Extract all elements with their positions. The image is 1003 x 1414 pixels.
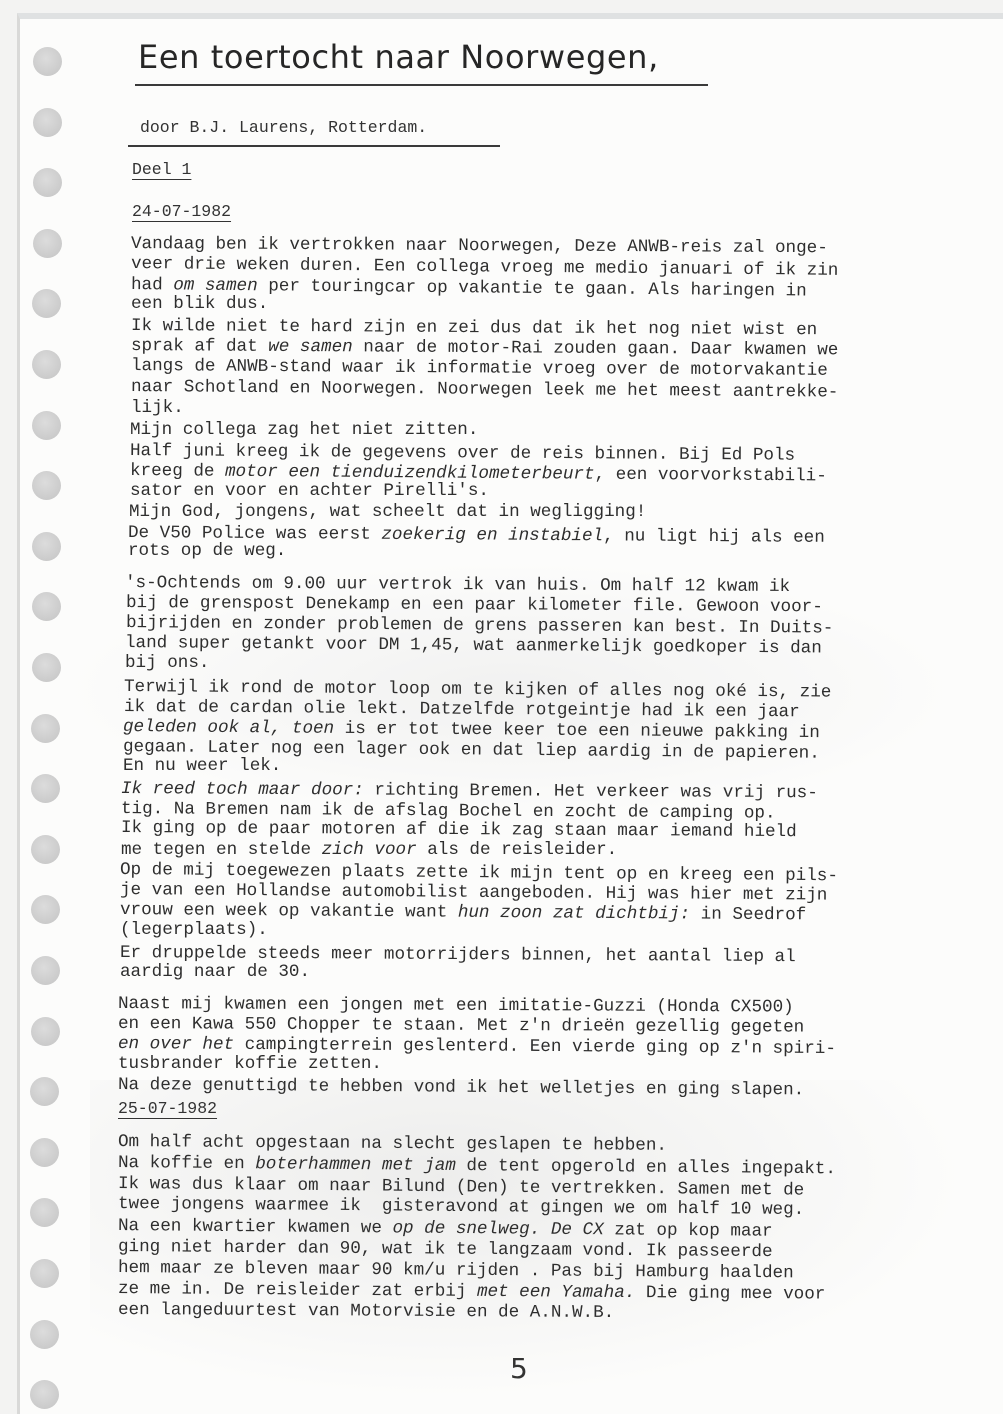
page-number: 5	[510, 1352, 528, 1385]
binding-hole	[32, 532, 61, 561]
binding-hole	[33, 229, 62, 258]
text-line: aardig naar de 30.	[120, 962, 310, 982]
binding-hole	[32, 653, 61, 682]
binding-hole	[33, 168, 62, 197]
text-line: een langeduurtest van Motorvisie en de A…	[118, 1300, 614, 1323]
binding-hole	[33, 47, 62, 76]
text-line: rots op de weg.	[128, 541, 286, 561]
binding-hole	[30, 1380, 59, 1409]
text-line: sator en voor en achter Pirelli's.	[130, 481, 489, 501]
text-line: En nu weer lek.	[123, 756, 281, 776]
binding-hole	[31, 714, 60, 743]
text-line: me tegen en stelde zich voor als de reis…	[121, 840, 617, 860]
text-line: (legerplaats).	[120, 920, 268, 940]
title-underline	[135, 84, 708, 86]
binding-hole	[30, 1138, 59, 1167]
text-line: een blik dus.	[131, 294, 268, 314]
binding-hole	[30, 1320, 59, 1349]
binding-hole	[32, 471, 61, 500]
text-line: bij ons.	[125, 653, 209, 673]
binding-hole	[30, 1259, 59, 1288]
date-heading-1: 24-07-1982	[132, 202, 231, 221]
binding-hole	[32, 411, 61, 440]
binding-hole	[32, 592, 61, 621]
text-line: Ik ging op de paar motoren af die ik zag…	[121, 818, 797, 842]
page-title: Een toertocht naar Noorwegen,	[138, 38, 659, 76]
binding-hole	[33, 108, 62, 137]
text-line: Om half acht opgestaan na slecht geslape…	[118, 1132, 667, 1156]
binding-hole	[31, 835, 60, 864]
binding-hole	[31, 1017, 60, 1046]
date-heading-2: 25-07-1982	[118, 1099, 217, 1118]
text-line: lijk.	[131, 398, 184, 418]
part-heading: Deel 1	[132, 160, 191, 179]
author-byline: door B.J. Laurens, Rotterdam.	[140, 118, 427, 137]
binding-hole	[31, 956, 60, 985]
author-underline	[128, 145, 500, 147]
text-line: Mijn collega zag het niet zitten.	[130, 420, 478, 440]
text-line: tusbrander koffie zetten.	[118, 1054, 382, 1074]
text-line: Mijn God, jongens, wat scheelt dat in we…	[129, 502, 646, 522]
